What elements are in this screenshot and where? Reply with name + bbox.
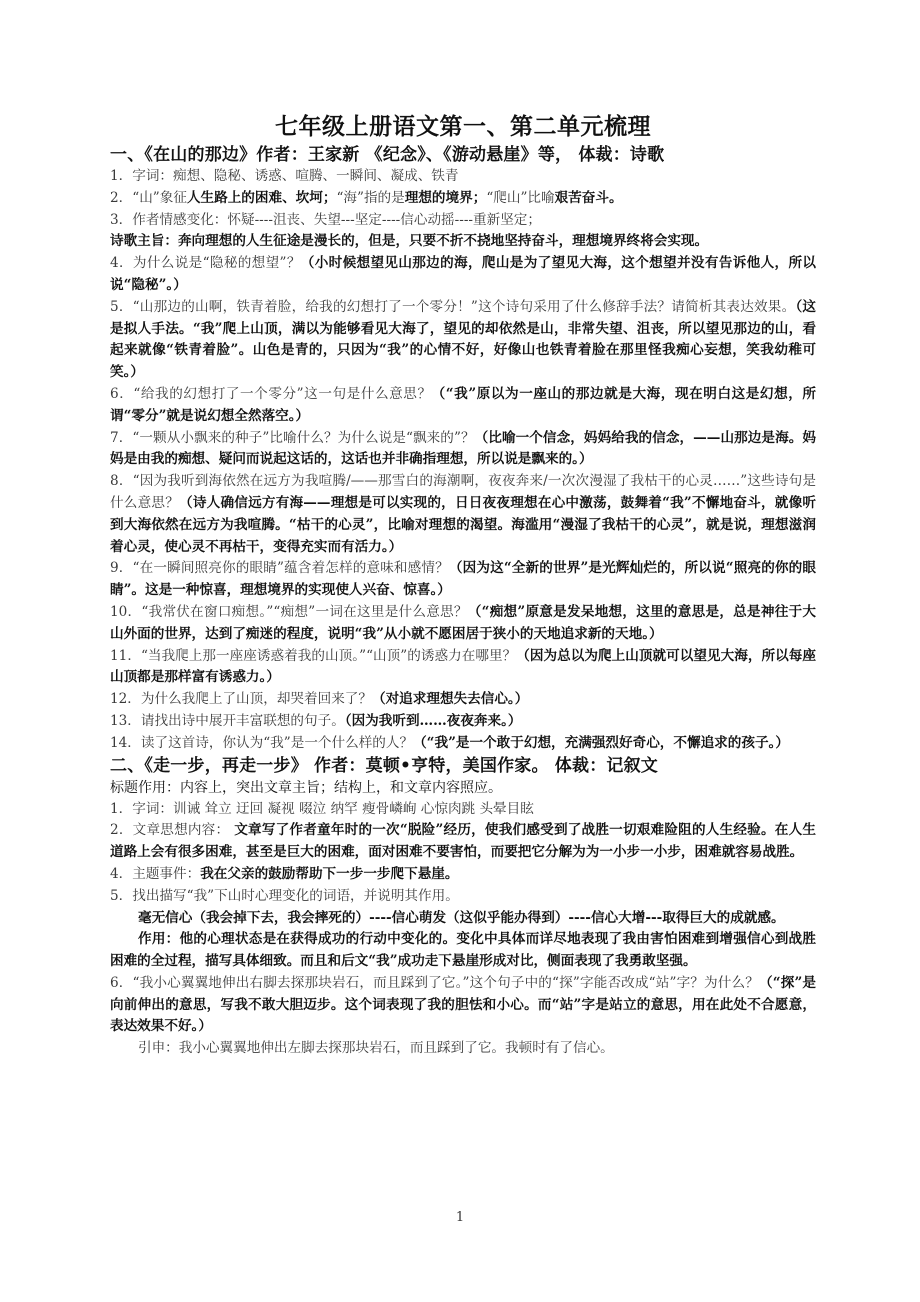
answer-text: 毫无信心（我会掉下去，我会摔死的）----信心萌发（这似乎能办得到）----信心… [138, 910, 785, 926]
question-text: 4．为什么说是“隐秘的想望”？ [110, 255, 301, 271]
question-text: 13．请找出诗中展开丰富联想的句子。 [110, 713, 345, 729]
answer-text: 我在父亲的鼓励帮助下一步一步爬下悬崖。 [200, 866, 458, 882]
answer-text: （对追求理想失去信心。） [372, 691, 528, 707]
question-text: 2．文章思想内容： [110, 822, 229, 838]
question-text: 2．“山”象征 [110, 190, 187, 206]
question-text: “爬山”比喻 [486, 190, 554, 206]
question-text: 3．作者情感变化：怀疑----沮丧、失望---坚定----信心动摇----重新坚… [110, 212, 541, 228]
list-item: 5．“山那边的山啊，铁青着脸，给我的幻想打了一个零分！”这个诗句采用了什么修辞手… [110, 297, 816, 384]
question-text: 引申：我小心翼翼地伸出左脚去探那块岩石，而且踩到了它。我顿时有了信心。 [138, 1040, 614, 1056]
list-item: 8．“因为我听到海依然在远方为我喧腾/——那雪白的海潮啊，夜夜奔来/一次次漫湿了… [110, 471, 816, 558]
answer-text: （因为我听到……夜夜奔来。） [345, 713, 522, 729]
question-text: 12．为什么我爬上了山顶，却哭着回来了？ [110, 691, 372, 707]
question-text: 14．读了这首诗，你认为“我”是一个什么样的人？ [110, 735, 413, 751]
answer-text: （诗人确信远方有海——理想是可以实现的，日日夜夜理想在心中激荡，鼓舞着“我”不懈… [110, 495, 816, 555]
answer-text: 诗歌主旨：奔向理想的人生征途是漫长的，但是，只要不折不挠地坚持奋斗，理想境界终将… [110, 233, 708, 249]
list-item: 14．读了这首诗，你认为“我”是一个什么样的人？（“我”是一个敢于幻想，充满强烈… [110, 733, 816, 755]
document-title: 七年级上册语文第一、第二单元梳理 [110, 112, 816, 142]
section-2-items: 1．字词：训诫 耸立 迂回 凝视 啜泣 纳罕 瘦骨嶙峋 心惊肉跳 头晕目眩 2．… [110, 799, 816, 1061]
list-item: 1．字词：痴想、隐秘、诱惑、喧腾、一瞬间、凝成、铁青 [110, 166, 816, 188]
list-item: 10．“我常伏在窗口痴想。”“痴想”一词在这里是什么意思？（“痴想”原意是发呆地… [110, 602, 816, 646]
list-item: 13．请找出诗中展开丰富联想的句子。（因为我听到……夜夜奔来。） [110, 711, 816, 733]
answer-text: 人生路上的困难、坎坷； [187, 190, 337, 206]
list-item: 2．文章思想内容： 文章写了作者童年时的一次“脱险”经历，使我们感受到了战胜一切… [110, 820, 816, 864]
page-number: 1 [0, 1210, 920, 1225]
list-item: 11．“当我爬上那一座座诱惑着我的山顶。”“山顶”的诱惑力在哪里？（因为总以为爬… [110, 646, 816, 690]
question-text: 6．“给我的幻想打了一个零分”这一句是什么意思？ [110, 386, 432, 402]
answer-text: 艰苦奋斗。 [555, 190, 623, 206]
list-item: 5．找出描写“我”下山时心理变化的词语，并说明其作用。 [110, 886, 816, 908]
list-item: 12．为什么我爬上了山顶，却哭着回来了？（对追求理想失去信心。） [110, 689, 816, 711]
question-text: 9．“在一瞬间照亮你的眼睛”蕴含着怎样的意味和感情？ [110, 560, 449, 576]
list-item: 2．“山”象征人生路上的困难、坎坷；“海”指的是理想的境界；“爬山”比喻艰苦奋斗… [110, 188, 816, 210]
list-item: 毫无信心（我会掉下去，我会摔死的）----信心萌发（这似乎能办得到）----信心… [110, 908, 816, 930]
list-item: 3．作者情感变化：怀疑----沮丧、失望---坚定----信心动摇----重新坚… [110, 210, 816, 232]
list-item: 6．“我小心翼翼地伸出右脚去探那块岩石，而且踩到了它。”这个句子中的“探”字能否… [110, 973, 816, 1038]
question-text: 10．“我常伏在窗口痴想。”“痴想”一词在这里是什么意思？ [110, 604, 468, 620]
answer-text: （“我”是一个敢于幻想，充满强烈好奇心，不懈追求的孩子。） [413, 735, 789, 751]
section-2-subtitle: 标题作用：内容上，突出文章主旨；结构上，和文章内容照应。 [110, 777, 816, 799]
document-page: 七年级上册语文第一、第二单元梳理 一、《在山的那边》作者：王家新 《纪念》、《游… [110, 112, 816, 1060]
list-item: 4．为什么说是“隐秘的想望”？（小时候想望见山那边的海，爬山是为了望见大海，这个… [110, 253, 816, 297]
list-item: 7．“一颗从小飘来的种子”比喻什么？为什么说是“飘来的”？（比喻一个信念，妈妈给… [110, 428, 816, 472]
answer-text: 作用：他的心理状态是在获得成功的行动中变化的。变化中具体而详尽地表现了我由害怕困… [110, 931, 816, 969]
section-1-items: 1．字词：痴想、隐秘、诱惑、喧腾、一瞬间、凝成、铁青 2．“山”象征人生路上的困… [110, 166, 816, 755]
question-text: 5．找出描写“我”下山时心理变化的词语，并说明其作用。 [110, 888, 459, 904]
question-text: “海”指的是 [336, 190, 404, 206]
answer-text: 理想的境界； [405, 190, 487, 206]
section-1-heading: 一、《在山的那边》作者：王家新 《纪念》、《游动悬崖》等， 体裁：诗歌 [110, 144, 816, 166]
list-item: 引申：我小心翼翼地伸出左脚去探那块岩石，而且踩到了它。我顿时有了信心。 [110, 1038, 816, 1060]
list-item: 9．“在一瞬间照亮你的眼睛”蕴含着怎样的意味和感情？（因为这“全新的世界”是光辉… [110, 558, 816, 602]
list-item: 作用：他的心理状态是在获得成功的行动中变化的。变化中具体而详尽地表现了我由害怕困… [110, 929, 816, 973]
question-text: 4．主题事件： [110, 866, 200, 882]
list-item: 6．“给我的幻想打了一个零分”这一句是什么意思？（“我”原以为一座山的那边就是大… [110, 384, 816, 428]
question-text: 7．“一颗从小飘来的种子”比喻什么？为什么说是“飘来的”？ [110, 430, 475, 446]
theme-statement: 诗歌主旨：奔向理想的人生征途是漫长的，但是，只要不折不挠地坚持奋斗，理想境界终将… [110, 231, 816, 253]
question-text: 11．“当我爬上那一座座诱惑着我的山顶。”“山顶”的诱惑力在哪里？ [110, 648, 516, 664]
list-item: 4．主题事件：我在父亲的鼓励帮助下一步一步爬下悬崖。 [110, 864, 816, 886]
question-text: 1．字词：训诫 耸立 迂回 凝视 啜泣 纳罕 瘦骨嶙峋 心惊肉跳 头晕目眩 [110, 801, 534, 817]
question-text: 5．“山那边的山啊，铁青着脸，给我的幻想打了一个零分！”这个诗句采用了什么修辞手… [110, 299, 795, 315]
question-text: 1．字词：痴想、隐秘、诱惑、喧腾、一瞬间、凝成、铁青 [110, 168, 459, 184]
list-item: 1．字词：训诫 耸立 迂回 凝视 啜泣 纳罕 瘦骨嶙峋 心惊肉跳 头晕目眩 [110, 799, 816, 821]
question-text: 6．“我小心翼翼地伸出右脚去探那块岩石，而且踩到了它。”这个句子中的“探”字能否… [110, 975, 759, 991]
section-2-heading: 二、《走一步，再走一步》 作者：莫顿•亨特，美国作家。 体裁：记叙文 [110, 755, 816, 777]
